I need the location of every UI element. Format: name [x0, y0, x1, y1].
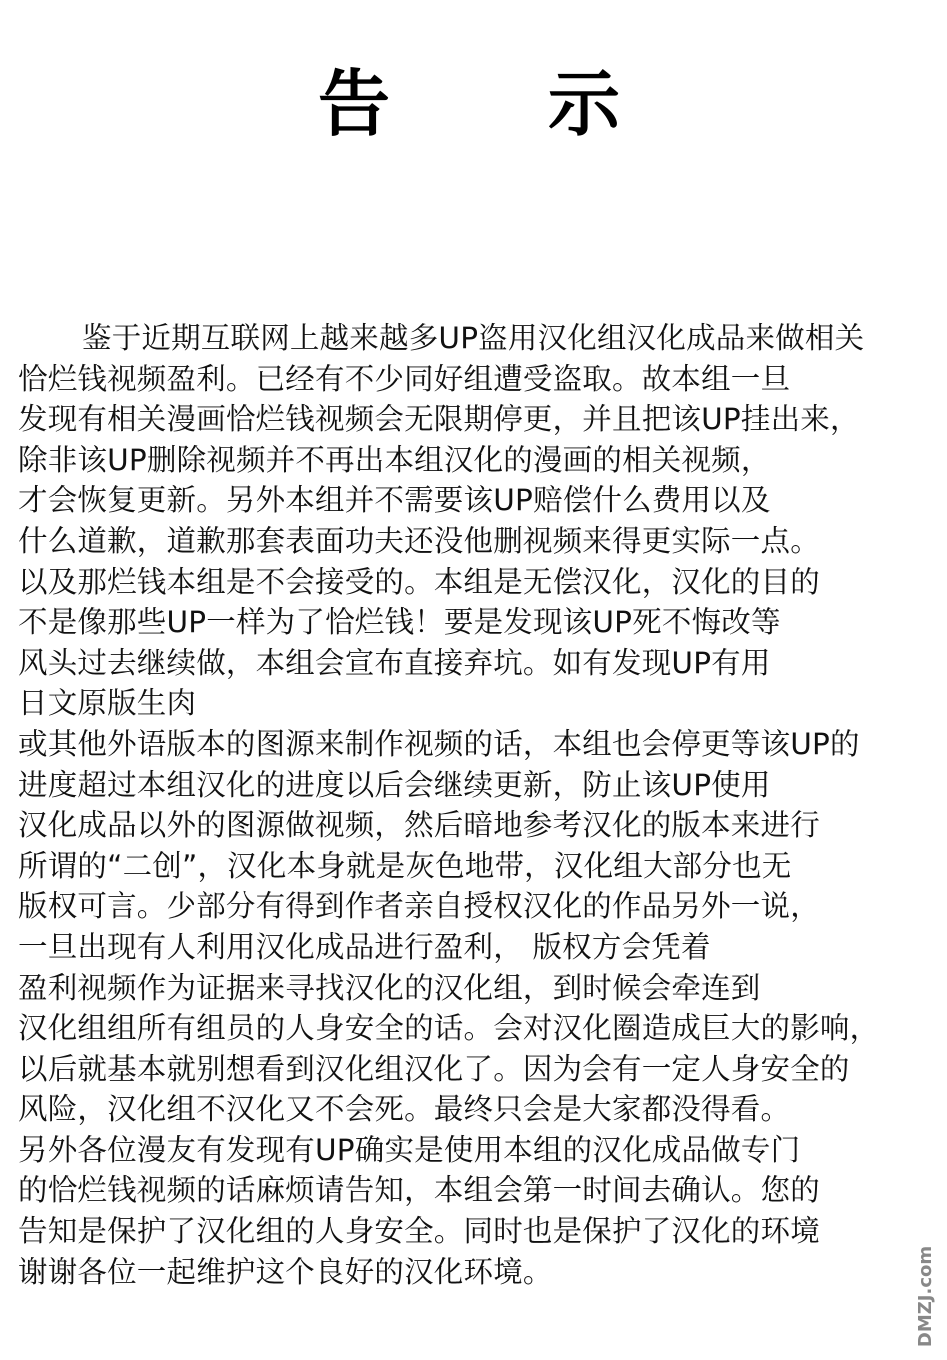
body-line: 汉化成品以外的图源做视频，然后暗地参考汉化的版本来进行	[18, 805, 943, 846]
body-line: 什么道歉，道歉那套表面功夫还没他删视频来得更实际一点。	[18, 521, 943, 562]
body-line: 以后就基本就别想看到汉化组汉化了。因为会有一定人身安全的	[18, 1049, 943, 1090]
body-line: 另外各位漫友有发现有UP确实是使用本组的汉化成品做专门	[18, 1130, 943, 1171]
body-line: 一旦出现有人利用汉化成品进行盈利， 版权方会凭着	[18, 927, 943, 968]
body-line: 日文原版生肉	[18, 683, 943, 724]
body-line: 鉴于近期互联网上越来越多UP盗用汉化组汉化成品来做相关	[18, 318, 943, 359]
body-line: 告知是保护了汉化组的人身安全。同时也是保护了汉化的环境	[18, 1211, 943, 1252]
body-line: 盈利视频作为证据来寻找汉化的汉化组，到时候会牵连到	[18, 968, 943, 1009]
title-char-2: 示	[548, 62, 620, 146]
watermark-text: DMZJ.com	[915, 1246, 936, 1347]
body-line: 恰烂钱视频盈利。已经有不少同好组遭受盗取。故本组一旦	[18, 359, 943, 400]
body-line: 风头过去继续做，本组会宣布直接弃坑。如有发现UP有用	[18, 643, 943, 684]
body-line: 以及那烂钱本组是不会接受的。本组是无偿汉化，汉化的目的	[18, 562, 943, 603]
body-line: 进度超过本组汉化的进度以后会继续更新，防止该UP使用	[18, 765, 943, 806]
body-line: 谢谢各位一起维护这个良好的汉化环境。	[18, 1252, 943, 1293]
notice-title: 告 示	[0, 62, 947, 146]
body-line: 汉化组组所有组员的人身安全的话。会对汉化圈造成巨大的影响，	[18, 1008, 943, 1049]
body-line: 不是像那些UP一样为了恰烂钱！要是发现该UP死不悔改等	[18, 602, 943, 643]
body-line: 版权可言。少部分有得到作者亲自授权汉化的作品另外一说，	[18, 886, 943, 927]
body-line: 或其他外语版本的图源来制作视频的话，本组也会停更等该UP的	[18, 724, 943, 765]
title-char-1: 告	[318, 62, 390, 146]
body-line: 才会恢复更新。另外本组并不需要该UP赔偿什么费用以及	[18, 480, 943, 521]
notice-body: 鉴于近期互联网上越来越多UP盗用汉化组汉化成品来做相关 恰烂钱视频盈利。已经有不…	[18, 318, 943, 1292]
body-line: 风险，汉化组不汉化又不会死。最终只会是大家都没得看。	[18, 1089, 943, 1130]
body-line: 所谓的“二创”，汉化本身就是灰色地带，汉化组大部分也无	[18, 846, 943, 887]
body-line: 发现有相关漫画恰烂钱视频会无限期停更，并且把该UP挂出来，	[18, 399, 943, 440]
body-line: 除非该UP删除视频并不再出本组汉化的漫画的相关视频，	[18, 440, 943, 481]
site-watermark: DMZJ.com	[905, 1250, 935, 1346]
body-line: 的恰烂钱视频的话麻烦请告知，本组会第一时间去确认。您的	[18, 1170, 943, 1211]
